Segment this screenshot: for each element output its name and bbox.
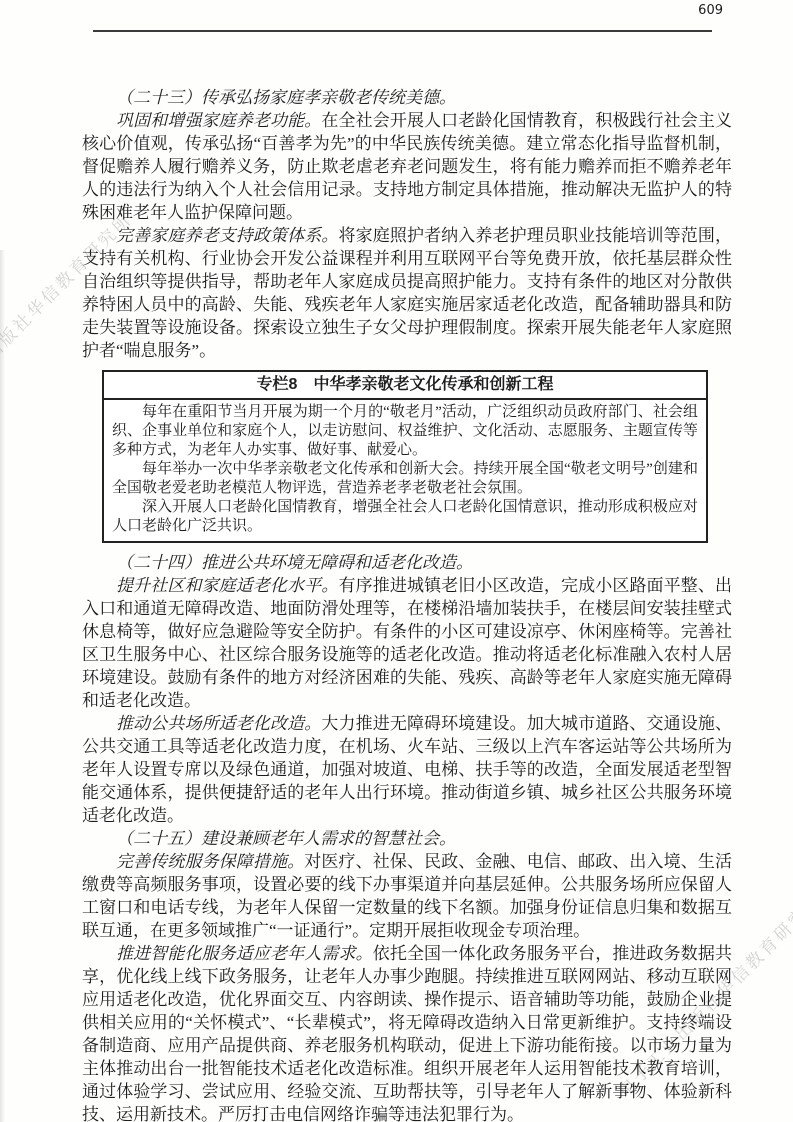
paragraph: 提升社区和家庭适老化水平。有序推进城镇老旧小区改造，完成小区路面平整、出入口和通…: [82, 574, 732, 712]
paragraph: 完善家庭养老支持政策体系。将家庭照护者纳入养老护理员职业技能培训等范围，支持有关…: [82, 224, 732, 362]
paragraph-lead: 完善传统服务保障措施。: [116, 852, 304, 871]
scan-edge-artifact: [0, 250, 5, 1122]
paragraph: 推动公共场所适老化改造。大力推进无障碍环境建设。加大城市道路、交通设施、公共交通…: [82, 712, 732, 827]
paragraph-lead: 提升社区和家庭适老化水平。: [116, 576, 339, 595]
paragraph-lead: 推动公共场所适老化改造。: [116, 714, 321, 733]
paragraph-text: 将家庭照护者纳入养老护理员职业技能培训等范围，支持有关机构、行业协会开发公益课程…: [82, 226, 732, 360]
box-paragraph: 每年举办一次中华孝亲敬老文化传承和创新大会。持续开展全国“敬老文明号”创建和全国…: [112, 460, 698, 498]
page-number: 609: [698, 3, 723, 18]
box-paragraph: 深入开展人口老龄化国情教育，增强全社会人口老龄化国情意识，推动形成积极应对人口老…: [112, 498, 698, 536]
column-box-title: 专栏8 中华孝亲敬老文化传承和创新工程: [104, 372, 706, 400]
box-paragraph: 每年在重阳节当月开展为期一个月的“敬老月”活动，广泛组织动员政府部门、社会组织、…: [112, 403, 698, 460]
paragraph-lead: 完善家庭养老支持政策体系。: [116, 226, 339, 245]
section-heading-24: （二十四）推进公共环境无障碍和适老化改造。: [82, 551, 732, 574]
section-heading-25: （二十五）建设兼顾老年人需求的智慧社会。: [82, 827, 732, 850]
paragraph-lead: 推进智能化服务适应老年人需求。: [116, 944, 373, 963]
section-heading-23: （二十三）传承弘扬家庭孝亲敬老传统美德。: [82, 86, 732, 109]
paragraph: 巩固和增强家庭养老功能。在全社会开展人口老龄化国情教育，积极践行社会主义核心价值…: [82, 109, 732, 224]
column-box-8: 专栏8 中华孝亲敬老文化传承和创新工程 每年在重阳节当月开展为期一个月的“敬老月…: [102, 370, 708, 543]
paragraph: 推进智能化服务适应老年人需求。依托全国一体化政务服务平台，推进政务数据共享，优化…: [82, 942, 732, 1122]
column-box-body: 每年在重阳节当月开展为期一个月的“敬老月”活动，广泛组织动员政府部门、社会组织、…: [104, 400, 706, 541]
page-content: （二十三）传承弘扬家庭孝亲敬老传统美德。 巩固和增强家庭养老功能。在全社会开展人…: [82, 86, 732, 1122]
paragraph-text: 有序推进城镇老旧小区改造，完成小区路面平整、出入口和通道无障碍改造、地面防滑处理…: [82, 576, 732, 710]
paragraph-text: 依托全国一体化政务服务平台，推进政务数据共享，优化线上线下政务服务，让老年人办事…: [82, 944, 732, 1122]
paragraph: 完善传统服务保障措施。对医疗、社保、民政、金融、电信、邮政、出入境、生活缴费等高…: [82, 850, 732, 942]
paragraph-lead: 巩固和增强家庭养老功能。: [116, 111, 321, 130]
header-rule: [93, 30, 712, 32]
document-page: 电子工业出版社华信教育研究所 电子工业出版社华信教育研究所 609 （二十三）传…: [0, 0, 793, 1122]
